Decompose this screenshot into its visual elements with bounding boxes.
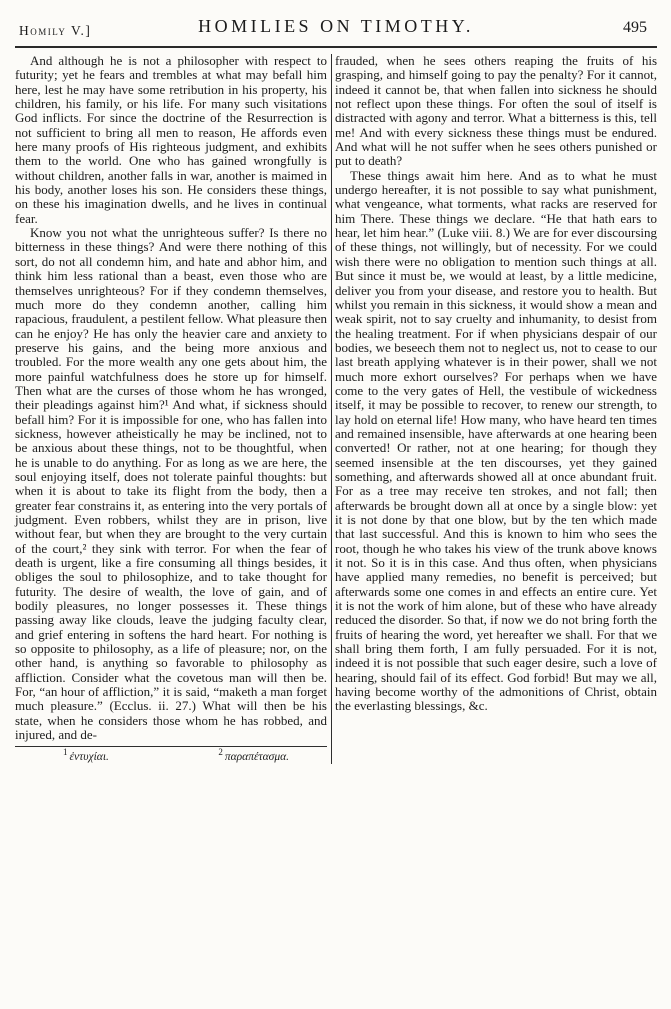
footnote-1: 1ἐντυχίαι.: [63, 750, 109, 764]
footnote-2-marker: 2: [218, 747, 223, 757]
paragraph: And although he is not a philosopher wit…: [15, 54, 327, 226]
paragraph: Know you not what the unrighteous suffer…: [15, 226, 327, 742]
footnote-1-marker: 1: [63, 747, 68, 757]
paragraph-continuation: frauded, when he sees others reaping the…: [335, 54, 657, 169]
right-column: frauded, when he sees others reaping the…: [335, 54, 657, 764]
footnote-2-text: παραπέτασμα.: [225, 751, 289, 763]
footnote-row: 1ἐντυχίαι. 2παραπέτασμα.: [15, 749, 327, 764]
page-number: 495: [623, 19, 647, 37]
footnotes-block: 1ἐντυχίαι. 2παραπέτασμα.: [15, 746, 327, 764]
page-title: HOMILIES ON TIMOTHY.: [15, 16, 657, 37]
footnote-1-text: ἐντυχίαι.: [70, 751, 109, 763]
header-rule: [15, 46, 657, 48]
column-divider: [331, 54, 332, 764]
left-column: And although he is not a philosopher wit…: [15, 54, 327, 764]
text-columns: And although he is not a philosopher wit…: [15, 54, 657, 764]
footnote-rule: [15, 746, 327, 747]
book-page: Homily V.] HOMILIES ON TIMOTHY. 495 And …: [0, 0, 671, 1009]
paragraph: These things await him here. And as to w…: [335, 169, 657, 714]
footnote-2: 2παραπέτασμα.: [218, 750, 289, 764]
running-head: Homily V.] HOMILIES ON TIMOTHY. 495: [15, 16, 657, 42]
